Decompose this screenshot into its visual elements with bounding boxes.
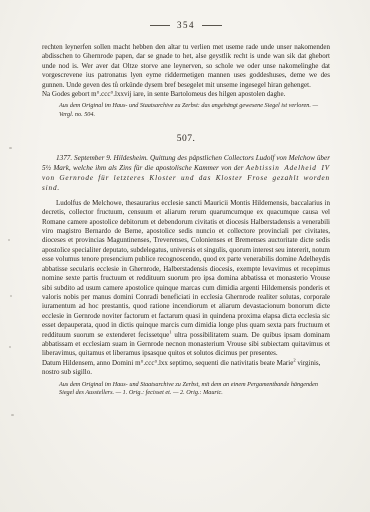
entry-506-continuation: rechten leynerfen sollen macht hebben de… <box>42 43 330 119</box>
datum-part1: Datum Hildensem, anno Domini m°.ccc°.lxx… <box>42 359 293 367</box>
entry-number: 507. <box>42 134 330 144</box>
source-note-507: Aus dem Original im Haus- und Staatsarch… <box>59 381 318 397</box>
scan-artifact <box>9 147 12 149</box>
header-rule-left <box>150 25 170 26</box>
scan-artifact <box>10 295 12 297</box>
scan-artifact <box>9 346 11 348</box>
scanned-page: 354 rechten leynerfen sollen macht hebbe… <box>0 0 370 512</box>
charter-text: Ludolfus de Melchowe, thesaurarius eccle… <box>42 199 330 359</box>
source-note-506: Aus dem Original im Haus- und Staatsarch… <box>59 102 318 118</box>
page-header: 354 <box>42 20 330 30</box>
entry-507: 507. 1377. September 9. Hildesheim. Quit… <box>42 134 330 397</box>
page-number: 354 <box>177 20 195 30</box>
continuation-text: rechten leynerfen sollen macht hebben de… <box>42 43 330 90</box>
scan-artifact <box>11 414 14 416</box>
regest: 1377. September 9. Hildesheim. Quittung … <box>42 153 330 193</box>
charter-text-part1: Ludolfus de Melchowe, thesaurarius eccle… <box>42 199 330 339</box>
header-rule-right <box>202 25 222 26</box>
datum-line: Datum Hildensem, anno Domini m°.ccc°.lxx… <box>42 359 330 378</box>
scan-artifact <box>8 239 10 241</box>
dateline-506: Na Godes gebort m°.ccc°.lxxvij iare, in … <box>42 90 330 99</box>
